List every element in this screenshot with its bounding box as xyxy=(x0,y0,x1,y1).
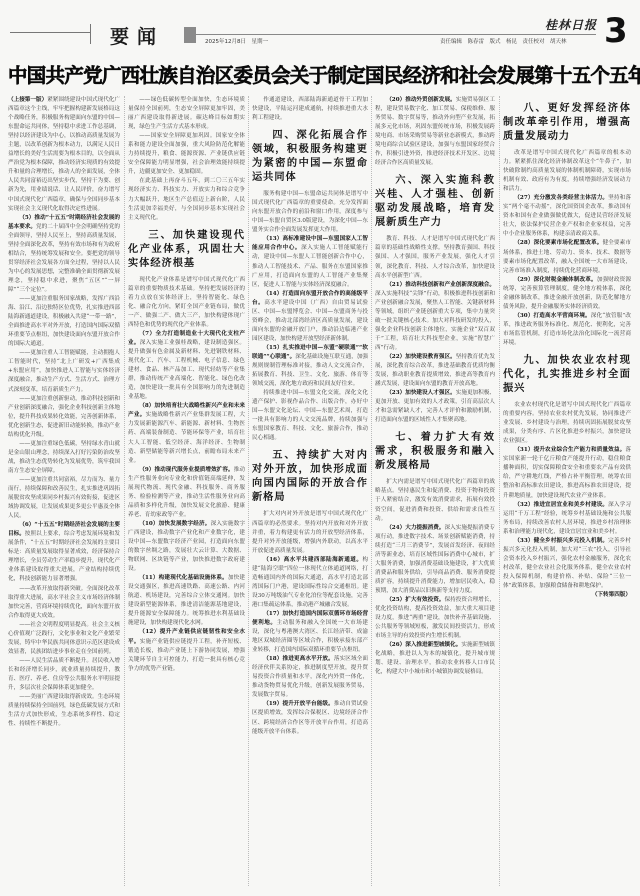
paragraph-text: ——美丽广西建设取得新成效。生态环境质量持续保持全国前列，绿色低碳发展方式和生活… xyxy=(8,694,120,727)
article-paragraph: （9）推动现代服务业提质增效扩容。推动生产性服务业向专业化和价值链高端延伸，发展… xyxy=(128,466,245,520)
masthead-left-rule xyxy=(10,32,90,33)
paragraph-text: 紧紧围绕建设中国式现代化广西篇章这个主线，牢牢把握构建新发展格局这个战略任务，积… xyxy=(8,97,120,212)
article-paragraph: 农业农村现代化是谱写中国式现代化广西篇章的重要内容。坚持农业农村优先发展，协同推… xyxy=(503,401,631,446)
continuation-label: （上接第一版） xyxy=(8,97,47,103)
subsection-title: （20）推动外贸创新发展。 xyxy=(386,97,456,103)
paragraph-text: ——更加注重绿色低碳，坚持绿水青山就是金山银山理念，持续深入打好污染防治攻坚战，… xyxy=(8,441,120,474)
issue-date: 2025年12月8日 星期一 xyxy=(205,37,268,45)
article-column-5: 八、更好发挥经济体制改革牵引作用，增强高质量发展动力改革是谱写中国式现代化广西篇… xyxy=(503,96,631,886)
paragraph-text: 农业农村现代化是谱写中国式现代化广西篇章的重要内容。坚持农业农村优先发展，协同推… xyxy=(503,402,631,444)
article-paragraph: （16）高水平共建西部陆海新通道。构建“陆海空联”四位一体现代立体通道网络，打造… xyxy=(252,556,368,610)
article-paragraph: （15）扎实推进中国—东盟“硬联通”“软联通”“心联通”。深化基础设施互联互通，… xyxy=(252,344,368,389)
article-paragraph: 现代化产业体系是谱写中国式现代化广西篇章的重要物质技术基础。坚持把发展经济的着力… xyxy=(128,276,245,330)
section-heading: 五、持续扩大对内对外开放，加快形成面向国内国际的开放合作新格局 xyxy=(252,449,368,505)
column-divider xyxy=(124,96,125,886)
article-paragraph: （33）健全乡村振兴多元投入机制。完善乡村振兴多元化投入机制，加大对“三农”投入… xyxy=(503,537,631,591)
article-paragraph: （32）推进宜居宜业和美乡村建设。深入学习运用“千万工程”经验，统筹乡村基础设施… xyxy=(503,501,631,537)
masthead-rule xyxy=(196,34,596,35)
subsection-title: （30）打造高水平营商环境。 xyxy=(514,313,591,319)
paragraph-text: 深入实施提振消费专项行动，推进数字技术、场景创新赋能消费，持续打造“三月三消费节… xyxy=(375,525,495,594)
article-paragraph: ——改革开放取得新突破。全面深化改革取得重大进展，高水平社会主义市场经济体制加快… xyxy=(8,585,120,621)
subsection-title: （26）深入推进新型城镇化。 xyxy=(386,642,461,648)
paragraph-text: 持续推进中国—东盟文化交流，深化文化遗产保护、影视作品合作、出版合作，办好中国—… xyxy=(252,390,368,441)
subsection-title: （33）健全乡村振兴多元投入机制。 xyxy=(514,538,608,544)
paragraph-text: 落实区域全面经济伙伴关系协定，推进制度型开放，提升贸易投资合作质量和水平，深化内… xyxy=(252,656,368,698)
article-paragraph: 改革是谱写中国式现代化广西篇章的根本动力。紧紧抓住深化经济体制改革这个“牛鼻子”… xyxy=(503,149,631,194)
article-column-1: （上接第一版）紧紧围绕建设中国式现代化广西篇章这个主线，牢牢把握构建新发展格局这… xyxy=(8,96,120,886)
paragraph-text: 教育、科技、人才是谱写中国式现代化广西篇章的基础性战略性支撑。坚持教育强国、科技… xyxy=(375,236,495,278)
paragraph-text: ——更加注重人工智能赋能，主动拥抱人工智能时代，坚持“北上广研发+广西集成+东盟… xyxy=(8,350,120,392)
section-heading: 四、深化拓展合作领域，积极服务构建更为紧密的中国—东盟命运共同体 xyxy=(252,129,368,185)
article-paragraph: ——美丽广西建设取得新成效。生态环境质量持续保持全国前列，绿色低碳发展方式和生活… xyxy=(8,693,120,729)
article-paragraph: （10）加快发展数字经济。深入实施数字广西建设，推动数字产业化和产业数字化，建设… xyxy=(128,520,245,574)
paragraph-text: ——绿色低碳转型全面加快，生态环境质量保持全国前列，生态安全屏障更加牢固，美丽广… xyxy=(128,97,245,130)
article-paragraph: ——国家安全屏障更加巩固。国家安全体系和能力建设全面加强，重大风险防范化解能力持… xyxy=(128,132,245,177)
section-heading: 三、加快建设现代化产业体系，巩固壮大实体经济根基 xyxy=(128,229,245,271)
article-paragraph: （27）充分激发各类经营主体活力。坚持和落实“两个毫不动摇”，深化国资国企改革，… xyxy=(503,194,631,239)
article-paragraph: （5）推动“十五五”时期经济社会发展的基本要求。党的二十届四中全会明确坚持党的全… xyxy=(8,214,120,295)
article-paragraph: （18）推进更高水平开放。落实区域全面经济伙伴关系协定，推进制度型开放，提升贸易… xyxy=(252,655,368,700)
paragraph-text: 深入实施数字广西建设，推动数字产业化和产业数字化，建设中国—东盟数字经济产业园，… xyxy=(128,521,245,572)
paragraph-text: ——更加注重创新驱动，推动科技创新和产业创新深度融合，强化企业科技创新主体地位，… xyxy=(8,396,120,438)
article-paragraph: ——更加注重服务国家战略，发挥广西沿海、沿江、沿边独特区位优势，扎实推进西部陆海… xyxy=(8,295,120,349)
paragraph-text: 实施贸易强区工程，建设贸易数字化、加工贸易、保税维修、服务贸易、数字贸易等，推动… xyxy=(375,97,495,166)
article-paragraph: （11）构建现代化基础设施体系。加快建设交通强区，推进高速铁路、高速公路、内河航… xyxy=(128,574,245,628)
column-divider xyxy=(248,96,249,886)
article-paragraph: （28）深化要素市场化配置改革。健全要素市场体系，推进土地、劳动力、资本、技术、… xyxy=(503,239,631,275)
paragraph-text: 作通道建设，西部陆海新通道骨干工程加快建设，平陆运河建成通航，持续推进重大水利工… xyxy=(252,97,368,121)
paragraph-text: ——更加注重服务国家战略，发挥广西沿海、沿江、沿边独特区位优势，扎实推进西部陆海… xyxy=(8,296,120,347)
paragraph-text: 完善乡村振兴多元化投入机制，加大对“三农”投入，引导社会资本投入乡村振兴，强化农… xyxy=(503,538,631,589)
article-paragraph: （14）打造面向东盟开放合作的高能级平台。高水平建设中国（广西）自由贸易试验区、… xyxy=(252,290,368,344)
subsection-title: （16）高水平共建西部陆海新通道。 xyxy=(263,557,362,563)
paragraph-text: 深入实施工业强桂战略，建设制造强区。提升做强有色金属及新材料、先进钢铁材料、现代… xyxy=(128,340,245,400)
article-paragraph: （23）加快建设人才强区。实施更加积极、更加开放、更加有效的人才政策，引育高层次… xyxy=(375,389,495,425)
article-paragraph: ——更加注重人工智能赋能，主动拥抱人工智能时代，坚持“北上广研发+广西集成+东盟… xyxy=(8,349,120,394)
subsection-title: （25）扩大有效投资。 xyxy=(386,597,444,603)
article-paragraph: （26）深入推进新型城镇化。实施新型城镇化战略，推进以人为本的城镇化，提升城市规… xyxy=(375,641,495,677)
article-paragraph: （31）提升农业综合生产能力和质量效益。落实国家新一轮千亿斤粮食产能提升行动，稳… xyxy=(503,446,631,500)
article-paragraph: ——绿色低碳转型全面加快，生态环境质量保持全国前列，生态安全屏障更加牢固，美丽广… xyxy=(128,96,245,132)
masthead-gray-block xyxy=(184,27,196,43)
paragraph-text: 在此基础上再奋斗五年，到二〇三五年实现经济实力、科技实力、开放实力和综合竞争力大… xyxy=(128,178,245,220)
article-paragraph: 持续推进中国—东盟文化交流，深化文化遗产保护、影视作品合作、出版合作，办好中国—… xyxy=(252,389,368,443)
article-paragraph: （7）全力打造制造业十大现代化支柱产业。深入实施工业强桂战略，建设制造强区。提升… xyxy=(128,330,245,402)
subsection-title: （21）推动科技创新和产业创新深度融合。 xyxy=(386,282,495,288)
section-heading: 九、加快农业农村现代化，扎实推进乡村全面振兴 xyxy=(503,354,631,396)
paragraph-text: 按照以上要求，综合考虑发展环境和发展条件，“十五五”时期经济社会发展的主要目标是… xyxy=(8,531,120,582)
column-divider xyxy=(499,96,500,886)
masthead-vertical-bar xyxy=(90,24,91,44)
paragraph-text: 实施战略性新兴产业集群发展工程，大力发展新能源汽车、新能源、新材料、生物医药、高… xyxy=(128,412,245,463)
paragraph-text: 现代化产业体系是谱写中国式现代化广西篇章的重要物质技术基础。坚持把发展经济的着力… xyxy=(128,277,245,328)
page-number: 3 xyxy=(604,14,628,48)
article-paragraph: （17）加快打造国内国际双循环市场经营便利地。主动服务和融入全国统一大市场建设，… xyxy=(252,610,368,655)
subsection-title: （9）推动现代服务业提质增效扩容。 xyxy=(139,467,234,473)
paragraph-text: 深入实施科技“尖锋”行动，积极推进科技创新和产业创新融合发展，聚焦人工智能、关键… xyxy=(375,291,495,351)
subsection-title: （10）加快发展数字经济。 xyxy=(139,521,210,527)
column-divider xyxy=(371,96,372,886)
newspaper-logo: 桂林日报 xyxy=(545,16,597,33)
article-paragraph: 在此基础上再奋斗五年，到二〇三五年实现经济实力、科技实力、开放实力和综合竞争力大… xyxy=(128,177,245,222)
article-paragraph: （22）加快建设教育强区。坚持教育优先发展，深化教育综合改革，推进基础教育优质均… xyxy=(375,353,495,389)
subsection-title: （18）推进更高水平开放。 xyxy=(263,656,334,662)
paragraph-text: 保持投资合理增长，优化投资结构，提高投资效益，加大重大项目建设力度，推进“两重”… xyxy=(375,597,495,639)
subsection-title: （27）充分激发各类经营主体活力。 xyxy=(514,195,608,201)
paragraph-text: 高水平建设中国（广西）自由贸易试验区、中国—东盟博览会、中国—东盟商务与投资峰会… xyxy=(252,300,368,342)
article-paragraph: （下转第四版） xyxy=(503,591,631,600)
subsection-title: （19）提升开放平台能级。 xyxy=(263,701,334,707)
paragraph-text: 改革是谱写中国式现代化广西篇章的根本动力。紧紧抓住深化经济体制改革这个“牛鼻子”… xyxy=(503,150,631,192)
paragraph-text: ——国家安全屏障更加巩固。国家安全体系和能力建设全面加强，重大风险防范化解能力持… xyxy=(128,133,245,175)
paragraph-text: ——更加注重共同富裕，尽力而为、量力而行，持续保障和改善民生，扎实推进巩固拓展脱… xyxy=(8,477,120,519)
paragraph-text: 构建“陆海空联”四位一体现代立体通道网络，打造畅通国内外的国际大通道，高水平打造… xyxy=(252,557,368,608)
article-paragraph: ——更加注重共同富裕，尽力而为、量力而行，持续保障和改善民生，扎实推进巩固拓展脱… xyxy=(8,476,120,521)
subsection-title: （22）加快建设教育强区。 xyxy=(386,354,456,360)
subsection-title: （11）构建现代化基础设施体系。 xyxy=(139,575,228,581)
article-paragraph: 作通道建设，西部陆海新通道骨干工程加快建设，平陆运河建成通航，持续推进重大水利工… xyxy=(252,96,368,123)
paragraph-text: 深入实施人工智能赋能行动，建设中国—东盟人工智能创新合作中心，推动人工智能技术、… xyxy=(252,245,368,287)
article-paragraph: （20）推动外贸创新发展。实施贸易强区工程，建设贸易数字化、加工贸易、保税维修、… xyxy=(375,96,495,168)
paragraph-text: 推动生产性服务业向专业化和价值链高端延伸，发展现代物流、现代金融、科技服务、商务… xyxy=(128,467,245,518)
article-paragraph: 教育、科技、人才是谱写中国式现代化广西篇章的基础性战略性支撑。坚持教育强国、科技… xyxy=(375,235,495,280)
article-paragraph: 服务构建中国—东盟命运共同体是谱写中国式现代化广西篇章的重要使命。充分发挥面向东… xyxy=(252,190,368,235)
masthead: 要闻 2025年12月8日 星期一 责任编辑 陈春雷 版式 杨昆 责任校对 胡天… xyxy=(0,0,640,50)
editor-credits: 责任编辑 陈春雷 版式 杨昆 责任校对 胡天林 xyxy=(440,37,567,45)
subsection-title: （23）加快建设人才强区。 xyxy=(386,390,456,396)
newspaper-page: 要闻 2025年12月8日 星期一 责任编辑 陈春雷 版式 杨昆 责任校对 胡天… xyxy=(0,0,640,896)
article-paragraph: （6）“十五五”时期经济社会发展的主要目标。按照以上要求，综合考虑发展环境和发展… xyxy=(8,521,120,584)
subsection-title: （31）提升农业综合生产能力和质量效益。 xyxy=(514,447,625,453)
subsection-title: （28）深化要素市场化配置改革。 xyxy=(514,240,602,246)
article-paragraph: （24）大力提振消费。深入实施提振消费专项行动，推进数字技术、场景创新赋能消费，… xyxy=(375,524,495,596)
subsection-title: （32）推进宜居宜业和美乡村建设。 xyxy=(514,502,608,508)
paragraph-text: 加快建设交通强区，推进高速铁路、高速公路、内河航道、机场建设，完善综合立体交通网… xyxy=(128,575,245,626)
section-heading: 六、深入实施科教兴桂、人才强桂、创新驱动发展战略，培育发展新质生产力 xyxy=(375,174,495,230)
subsection-title: （24）大力提振消费。 xyxy=(386,525,444,531)
article-paragraph: ——更加注重绿色低碳，坚持绿水青山就是金山银山理念，持续深入打好污染防治攻坚战，… xyxy=(8,440,120,476)
article-column-2: ——绿色低碳转型全面加快，生态环境质量保持全国前列，生态安全屏障更加牢固，美丽广… xyxy=(128,96,245,886)
paragraph-text: ——改革开放取得新突破。全面深化改革取得重大进展，高水平社会主义市场经济体制加快… xyxy=(8,586,120,619)
page-headline: 中国共产党广西壮族自治区委员会关于制定国民经济和社会发展第十五个五年规划的建议 xyxy=(8,60,634,88)
paragraph-text: 党的二十届四中全会明确坚持党的全面领导，坚持人民至上，坚持高质量发展，坚持全面深… xyxy=(8,224,120,293)
paragraph-text: 落实国家新一轮千亿斤粮食产能提升行动，稳住粮食播种面积，切实保障粮食安全和重要农… xyxy=(503,447,631,498)
paragraph-text: 实施产业链供应链提升工程，补齐短板、锻造长板，推动产业链上下游协同发展，增强关键… xyxy=(128,639,245,672)
article-column-3: 作通道建设，西部陆海新通道骨干工程加快建设，平陆运河建成通航，持续推进重大水利工… xyxy=(252,96,368,886)
article-paragraph: ——社会文明程度明显提高。社会主义核心价值观广泛践行，文化事业和文化产业繁荣发展… xyxy=(8,621,120,657)
section-heading: 八、更好发挥经济体制改革牵引作用，增强高质量发展动力 xyxy=(503,102,631,144)
article-paragraph: （8）加快培育壮大战略性新兴产业和未来产业。实施战略性新兴产业集群发展工程，大力… xyxy=(128,402,245,465)
article-paragraph: （19）提升开放平台能级。推动自贸试验区提质增效，发挥综合保税区、边境经济合作区… xyxy=(252,700,368,736)
paragraph-text: 扩大对内对外开放是谱写中国式现代化广西篇章的必然要求。坚持对内开放和对外开放并重… xyxy=(252,511,368,553)
article-paragraph: ——更加注重创新驱动，推动科技创新和产业创新深度融合，强化企业科技创新主体地位，… xyxy=(8,395,120,440)
paragraph-text: 坚持和落实“两个毫不动摇”，深化国资国企改革，推动国有资本和国有企业做强做优做大… xyxy=(503,195,631,237)
paragraph-text: 服务构建中国—东盟命运共同体是谱写中国式现代化广西篇章的重要使命。充分发挥面向东… xyxy=(252,191,368,233)
article-paragraph: ——人民生活品质不断提升。居民收入增长和经济增长同步，就业质量持续提升，教育、医… xyxy=(8,657,120,693)
article-paragraph: （21）推动科技创新和产业创新深度融合。深入实施科技“尖锋”行动，积极推进科技创… xyxy=(375,281,495,353)
article-paragraph: （30）打造高水平营商环境。深化“放管服”改革，推进政务服务标准化、规范化、便利… xyxy=(503,312,631,348)
jump-to-page-label[interactable]: （下转第四版） xyxy=(592,592,631,598)
article-paragraph: （上接第一版）紧紧围绕建设中国式现代化广西篇章这个主线，牢牢把握构建新发展格局这… xyxy=(8,96,120,214)
article-column-4: （20）推动外贸创新发展。实施贸易强区工程，建设贸易数字化、加工贸易、保税维修、… xyxy=(375,96,495,886)
section-title: 要闻 xyxy=(110,22,164,49)
section-heading: 七、着力扩大有效需求，积极服务和融入新发展格局 xyxy=(375,431,495,473)
article-paragraph: （13）高标准建设中国—东盟国家人工智能应用合作中心。深入实施人工智能赋能行动，… xyxy=(252,235,368,289)
article-paragraph: 扩大对内对外开放是谱写中国式现代化广西篇章的必然要求。坚持对内开放和对外开放并重… xyxy=(252,510,368,555)
article-paragraph: （12）提升产业链供应链韧性和安全水平。实施产业链供应链提升工程，补齐短板、锻造… xyxy=(128,628,245,673)
paragraph-text: ——社会文明程度明显提高。社会主义核心价值观广泛践行，文化事业和文化产业繁荣发展… xyxy=(8,622,120,655)
subsection-title: （29）深化财税金融体制改革。 xyxy=(514,277,597,283)
article-paragraph: 扩大内需是谱写中国式现代化广西篇章的战略基点。坚持惠民生和促消费、投资于物和投资… xyxy=(375,478,495,523)
article-paragraph: （29）深化财税金融体制改革。加强财政资源统筹，完善预算管理制度，健全地方税体系… xyxy=(503,276,631,312)
paragraph-text: 扩大内需是谱写中国式现代化广西篇章的战略基点。坚持惠民生和促消费、投资于物和投资… xyxy=(375,479,495,521)
paragraph-text: ——人民生活品质不断提升。居民收入增长和经济增长同步，就业质量持续提升，教育、医… xyxy=(8,658,120,691)
article-paragraph: （25）扩大有效投资。保持投资合理增长，优化投资结构，提高投资效益，加大重大项目… xyxy=(375,596,495,641)
